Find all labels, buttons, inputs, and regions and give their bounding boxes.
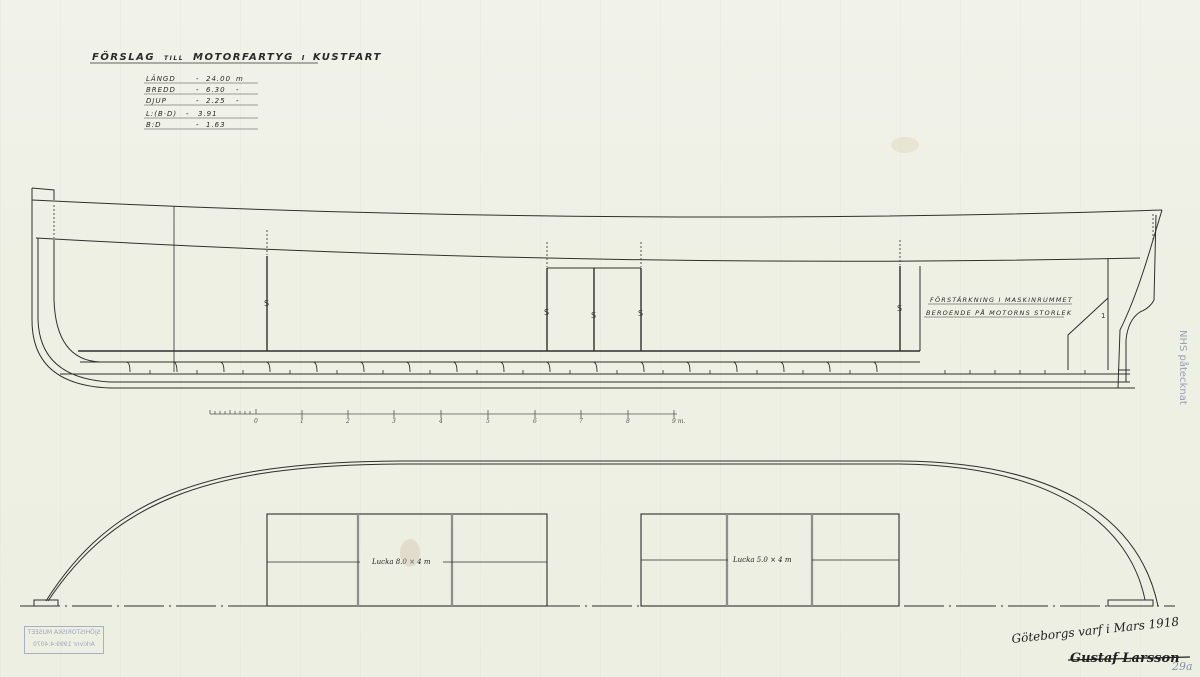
hull-outer (32, 188, 1135, 388)
scale-subdivisions (210, 409, 256, 414)
profile-view (32, 188, 1162, 388)
scale-bar (210, 409, 677, 418)
deck-line (36, 238, 1140, 261)
svg-text:1: 1 (300, 418, 304, 425)
svg-text:2.25: 2.25 (206, 97, 226, 105)
engine-bed (1068, 298, 1108, 370)
svg-text:3: 3 (392, 418, 396, 425)
stem-block (1108, 600, 1153, 606)
museum-stamp: SJÖHISTORISKA MUSEET Arkivnr 1999:4:4070 (24, 626, 104, 654)
svg-text:FÖRSLAG TILL MOTOR: FÖRSLAG TILL MOTORFARTYG I KUSTFART (92, 49, 382, 63)
svg-text:0: 0 (254, 418, 258, 425)
scale-labels: 0 1 2 3 4 5 6 7 8 9 m. (254, 418, 685, 425)
svg-text:BREDD: BREDD (146, 86, 176, 94)
svg-text:FÖRSTÄRKNING I MASKINRUMMET: FÖRSTÄRKNING I MASKINRUMMET (930, 295, 1073, 304)
sheet-number: 29a (1172, 660, 1193, 673)
ship-drawing: FÖRSLAG TILL MOTORFARTYG I KUSTFART LÄNG… (0, 0, 1200, 677)
deck-edge-inner (48, 464, 1145, 601)
spec-row: L:(B·D) - 3.91 (144, 110, 258, 118)
svg-text:-: - (236, 97, 240, 105)
svg-text:m: m (236, 75, 244, 83)
stamp-line: Arkivnr 1999:4:4070 (25, 639, 103, 651)
svg-text:7: 7 (579, 418, 583, 425)
place-date: Göteborgs varf i Mars 1918 (1011, 614, 1180, 646)
frame-ticks (150, 370, 1085, 374)
title-word-i: I (302, 54, 306, 62)
svg-text:LÄNGD: LÄNGD (146, 74, 176, 83)
svg-text:-: - (186, 110, 190, 118)
svg-text:5: 5 (486, 418, 490, 425)
title-block: FÖRSLAG TILL MOTORFARTYG I KUSTFART (90, 49, 382, 63)
signature-block: Göteborgs varf i Mars 1918 Gustaf Larsso… (1011, 614, 1190, 666)
svg-text:6.30: 6.30 (206, 86, 226, 94)
title-word-forslag: FÖRSLAG (92, 49, 155, 63)
spec-row: DJUP - 2.25 - (144, 97, 258, 105)
svg-text:9 m.: 9 m. (672, 418, 685, 425)
spec-row: LÄNGD - 24.00 m (144, 74, 258, 83)
aft-mark: 1 (1101, 312, 1105, 320)
bulkhead-mark: S (591, 311, 596, 320)
title-word-till: TILL (164, 55, 184, 62)
svg-text:-: - (196, 121, 200, 129)
bulkhead-mark: S (897, 304, 902, 313)
stern-post (32, 188, 54, 200)
stem-inner (1126, 215, 1156, 382)
bulkhead-mark: S (544, 308, 549, 317)
svg-text:-: - (196, 75, 200, 83)
plan-view (20, 461, 1175, 606)
bulkhead-mark: S (638, 309, 643, 318)
svg-text:8: 8 (626, 418, 630, 425)
sheer-line (32, 200, 1162, 217)
spec-row: BREDD - 6.30 - (144, 86, 258, 94)
hatch-forward-label: Lucka 5.0 × 4 m (732, 556, 792, 564)
svg-text:24.00: 24.00 (206, 75, 231, 83)
svg-text:B:D: B:D (146, 121, 162, 129)
svg-text:L:(B·D): L:(B·D) (146, 110, 177, 118)
spec-row: B:D - 1.63 (144, 121, 258, 129)
paper-stain (400, 539, 420, 567)
svg-text:DJUP: DJUP (146, 97, 167, 105)
svg-text:-: - (236, 86, 240, 94)
bulkhead-mark: S (264, 299, 269, 308)
specifications-table: LÄNGD - 24.00 m BREDD - 6.30 - DJUP - 2.… (144, 74, 258, 129)
paper-stain (891, 137, 919, 153)
frame-aft (54, 240, 130, 362)
title-word-motorfartyg: MOTORFARTYG (193, 52, 294, 63)
svg-text:4: 4 (438, 418, 443, 425)
stamp-line: SJÖHISTORISKA MUSEET (25, 627, 103, 639)
deck-edge-outer (46, 461, 1158, 606)
svg-text:BEROENDE PÅ MOTORNS STORLEK: BEROENDE PÅ MOTORNS STORLEK (926, 308, 1072, 317)
svg-text:1.63: 1.63 (206, 121, 226, 129)
engine-room-note: FÖRSTÄRKNING I MASKINRUMMET BEROENDE PÅ … (924, 295, 1073, 317)
margin-note: NHS påtecknat (1177, 330, 1190, 405)
svg-text:-: - (196, 86, 200, 94)
svg-text:3.91: 3.91 (198, 110, 218, 118)
svg-text:6: 6 (533, 418, 537, 425)
svg-text:-: - (196, 97, 200, 105)
title-word-kustfart: KUSTFART (313, 52, 382, 63)
hatch-aft-label: Lucka 8.0 × 4 m (371, 558, 431, 566)
drawing-sheet: FÖRSLAG TILL MOTORFARTYG I KUSTFART LÄNG… (0, 0, 1200, 677)
floor-brackets (126, 362, 877, 372)
svg-text:2: 2 (345, 418, 350, 425)
